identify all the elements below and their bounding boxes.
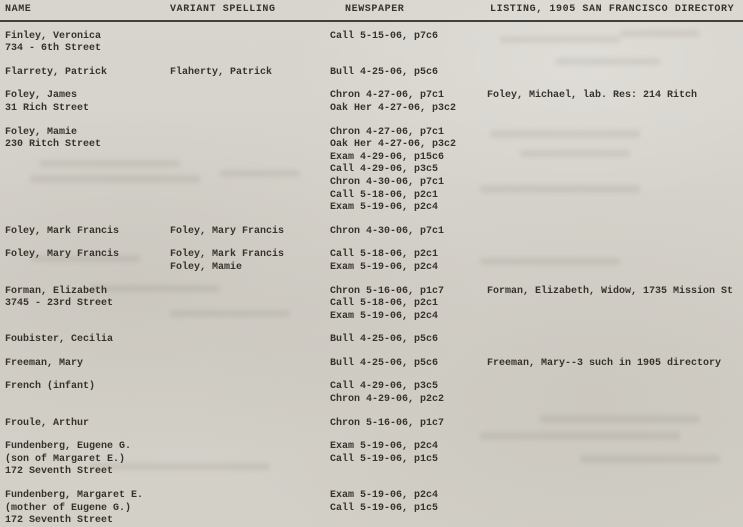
variant-cell <box>170 418 330 431</box>
listing-cell <box>487 441 740 479</box>
newspaper-cell: Call 4-29-06, p3c5Chron 4-29-06, p2c2 <box>330 381 487 406</box>
listing-cell: Foley, Michael, lab. Res: 214 Ritch <box>487 90 740 115</box>
listing-line: Forman, Elizabeth, Widow, 1735 Mission S… <box>487 286 740 299</box>
name-line: French (infant) <box>5 381 170 394</box>
name-line: Foley, Mary Francis <box>5 249 170 262</box>
name-line: 734 - 6th Street <box>5 43 170 56</box>
newspaper-line: Chron 4-29-06, p2c2 <box>330 394 487 407</box>
name-cell: Foley, Mamie230 Ritch Street <box>5 127 170 215</box>
variant-cell <box>170 127 330 215</box>
listing-cell <box>487 67 740 80</box>
variant-cell: Foley, Mark FrancisFoley, Mamie <box>170 249 330 274</box>
newspaper-line: Exam 5-19-06, p2c4 <box>330 202 487 215</box>
name-line: 230 Ritch Street <box>5 139 170 152</box>
newspaper-cell: Exam 5-19-06, p2c4Call 5-19-06, p1c5 <box>330 441 487 479</box>
newspaper-cell: Chron 4-30-06, p7c1 <box>330 226 487 239</box>
name-line: 172 Seventh Street <box>5 466 170 479</box>
listing-line: Freeman, Mary--3 such in 1905 directory <box>487 358 740 371</box>
newspaper-line: Chron 5-16-06, p1c7 <box>330 418 487 431</box>
name-line: Foley, Mark Francis <box>5 226 170 239</box>
newspaper-line: Chron 4-30-06, p7c1 <box>330 226 487 239</box>
record-row: Froule, ArthurChron 5-16-06, p1c7 <box>5 418 740 431</box>
name-line: Froule, Arthur <box>5 418 170 431</box>
table-header-row: NAME VARIANT SPELLING NEWSPAPER LISTING,… <box>0 0 743 22</box>
listing-cell <box>487 334 740 347</box>
record-row: Forman, Elizabeth3745 - 23rd StreetChron… <box>5 286 740 324</box>
listing-cell: Freeman, Mary--3 such in 1905 directory <box>487 358 740 371</box>
newspaper-line: Call 5-18-06, p2c1 <box>330 298 487 311</box>
name-cell: Foley, Mary Francis <box>5 249 170 274</box>
listing-cell <box>487 249 740 274</box>
name-line: (mother of Eugene G.) <box>5 503 170 516</box>
newspaper-line: Call 4-29-06, p3c5 <box>330 164 487 177</box>
newspaper-line: Chron 5-16-06, p1c7 <box>330 286 487 299</box>
newspaper-line: Call 5-18-06, p2c1 <box>330 249 487 262</box>
newspaper-cell: Exam 5-19-06, p2c4Call 5-19-06, p1c5 <box>330 490 487 527</box>
name-cell: Foubister, Cecilia <box>5 334 170 347</box>
record-row: Foley, Mamie230 Ritch StreetChron 4-27-0… <box>5 127 740 215</box>
newspaper-line: Call 4-29-06, p3c5 <box>330 381 487 394</box>
variant-cell <box>170 490 330 527</box>
variant-cell <box>170 90 330 115</box>
newspaper-line: Bull 4-25-06, p5c6 <box>330 334 487 347</box>
newspaper-cell: Bull 4-25-06, p5c6 <box>330 334 487 347</box>
name-cell: Fundenberg, Eugene G.(son of Margaret E.… <box>5 441 170 479</box>
column-header-variant-spelling: VARIANT SPELLING <box>170 4 330 17</box>
newspaper-line: Chron 4-27-06, p7c1 <box>330 90 487 103</box>
name-line: Freeman, Mary <box>5 358 170 371</box>
newspaper-cell: Bull 4-25-06, p5c6 <box>330 358 487 371</box>
records-list: Finley, Veronica734 - 6th StreetCall 5-1… <box>0 22 743 527</box>
newspaper-line: Call 5-18-06, p2c1 <box>330 190 487 203</box>
newspaper-line: Exam 5-19-06, p2c4 <box>330 441 487 454</box>
listing-cell <box>487 490 740 527</box>
name-cell: Flarrety, Patrick <box>5 67 170 80</box>
variant-line: Flaherty, Patrick <box>170 67 330 80</box>
name-line: Finley, Veronica <box>5 31 170 44</box>
newspaper-line: Oak Her 4-27-06, p3c2 <box>330 139 487 152</box>
record-row: Foley, Mark FrancisFoley, Mary FrancisCh… <box>5 226 740 239</box>
variant-cell: Foley, Mary Francis <box>170 226 330 239</box>
variant-cell: Flaherty, Patrick <box>170 67 330 80</box>
name-line: Fundenberg, Margaret E. <box>5 490 170 503</box>
name-cell: Fundenberg, Margaret E.(mother of Eugene… <box>5 490 170 527</box>
variant-line: Foley, Mark Francis <box>170 249 330 262</box>
column-header-listing-directory: LISTING, 1905 SAN FRANCISCO DIRECTORY <box>487 4 740 17</box>
newspaper-cell: Call 5-18-06, p2c1Exam 5-19-06, p2c4 <box>330 249 487 274</box>
name-line: Foubister, Cecilia <box>5 334 170 347</box>
record-row: Foley, Mary FrancisFoley, Mark FrancisFo… <box>5 249 740 274</box>
variant-cell <box>170 441 330 479</box>
newspaper-line: Exam 5-19-06, p2c4 <box>330 311 487 324</box>
record-row: Fundenberg, Margaret E.(mother of Eugene… <box>5 490 740 527</box>
newspaper-line: Oak Her 4-27-06, p3c2 <box>330 103 487 116</box>
newspaper-line: Bull 4-25-06, p5c6 <box>330 67 487 80</box>
column-header-newspaper: NEWSPAPER <box>330 4 487 17</box>
listing-cell <box>487 127 740 215</box>
name-cell: Foley, James31 Rich Street <box>5 90 170 115</box>
listing-cell: Forman, Elizabeth, Widow, 1735 Mission S… <box>487 286 740 324</box>
variant-cell <box>170 334 330 347</box>
newspaper-line: Chron 4-27-06, p7c1 <box>330 127 487 140</box>
scanned-document-page: NAME VARIANT SPELLING NEWSPAPER LISTING,… <box>0 0 743 527</box>
name-cell: Foley, Mark Francis <box>5 226 170 239</box>
newspaper-cell: Bull 4-25-06, p5c6 <box>330 67 487 80</box>
listing-cell <box>487 418 740 431</box>
name-cell: Freeman, Mary <box>5 358 170 371</box>
name-cell: Finley, Veronica734 - 6th Street <box>5 31 170 56</box>
record-row: Flarrety, PatrickFlaherty, PatrickBull 4… <box>5 67 740 80</box>
record-row: Fundenberg, Eugene G.(son of Margaret E.… <box>5 441 740 479</box>
name-line: 31 Rich Street <box>5 103 170 116</box>
newspaper-cell: Chron 4-27-06, p7c1Oak Her 4-27-06, p3c2… <box>330 127 487 215</box>
name-line: 3745 - 23rd Street <box>5 298 170 311</box>
record-row: Freeman, MaryBull 4-25-06, p5c6Freeman, … <box>5 358 740 371</box>
name-line: Foley, Mamie <box>5 127 170 140</box>
name-line: 172 Seventh Street <box>5 515 170 527</box>
newspaper-line: Call 5-19-06, p1c5 <box>330 503 487 516</box>
record-row: Finley, Veronica734 - 6th StreetCall 5-1… <box>5 31 740 56</box>
variant-cell <box>170 381 330 406</box>
name-line: Forman, Elizabeth <box>5 286 170 299</box>
name-line: (son of Margaret E.) <box>5 454 170 467</box>
name-cell: Froule, Arthur <box>5 418 170 431</box>
column-header-name: NAME <box>5 4 170 17</box>
name-cell: Forman, Elizabeth3745 - 23rd Street <box>5 286 170 324</box>
variant-cell <box>170 31 330 56</box>
record-row: Foley, James31 Rich StreetChron 4-27-06,… <box>5 90 740 115</box>
variant-cell <box>170 358 330 371</box>
newspaper-cell: Chron 4-27-06, p7c1Oak Her 4-27-06, p3c2 <box>330 90 487 115</box>
listing-cell <box>487 381 740 406</box>
name-cell: French (infant) <box>5 381 170 406</box>
newspaper-line: Exam 5-19-06, p2c4 <box>330 262 487 275</box>
listing-cell <box>487 31 740 56</box>
record-row: Foubister, CeciliaBull 4-25-06, p5c6 <box>5 334 740 347</box>
newspaper-line: Exam 4-29-06, p15c6 <box>330 152 487 165</box>
newspaper-line: Chron 4-30-06, p7c1 <box>330 177 487 190</box>
record-row: French (infant)Call 4-29-06, p3c5Chron 4… <box>5 381 740 406</box>
variant-line: Foley, Mamie <box>170 262 330 275</box>
newspaper-cell: Chron 5-16-06, p1c7Call 5-18-06, p2c1Exa… <box>330 286 487 324</box>
name-line: Flarrety, Patrick <box>5 67 170 80</box>
newspaper-cell: Chron 5-16-06, p1c7 <box>330 418 487 431</box>
name-line: Foley, James <box>5 90 170 103</box>
name-line: Fundenberg, Eugene G. <box>5 441 170 454</box>
newspaper-line: Call 5-15-06, p7c6 <box>330 31 487 44</box>
variant-cell <box>170 286 330 324</box>
listing-cell <box>487 226 740 239</box>
newspaper-line: Call 5-19-06, p1c5 <box>330 454 487 467</box>
newspaper-line: Exam 5-19-06, p2c4 <box>330 490 487 503</box>
listing-line: Foley, Michael, lab. Res: 214 Ritch <box>487 90 740 103</box>
variant-line: Foley, Mary Francis <box>170 226 330 239</box>
newspaper-cell: Call 5-15-06, p7c6 <box>330 31 487 56</box>
newspaper-line: Bull 4-25-06, p5c6 <box>330 358 487 371</box>
